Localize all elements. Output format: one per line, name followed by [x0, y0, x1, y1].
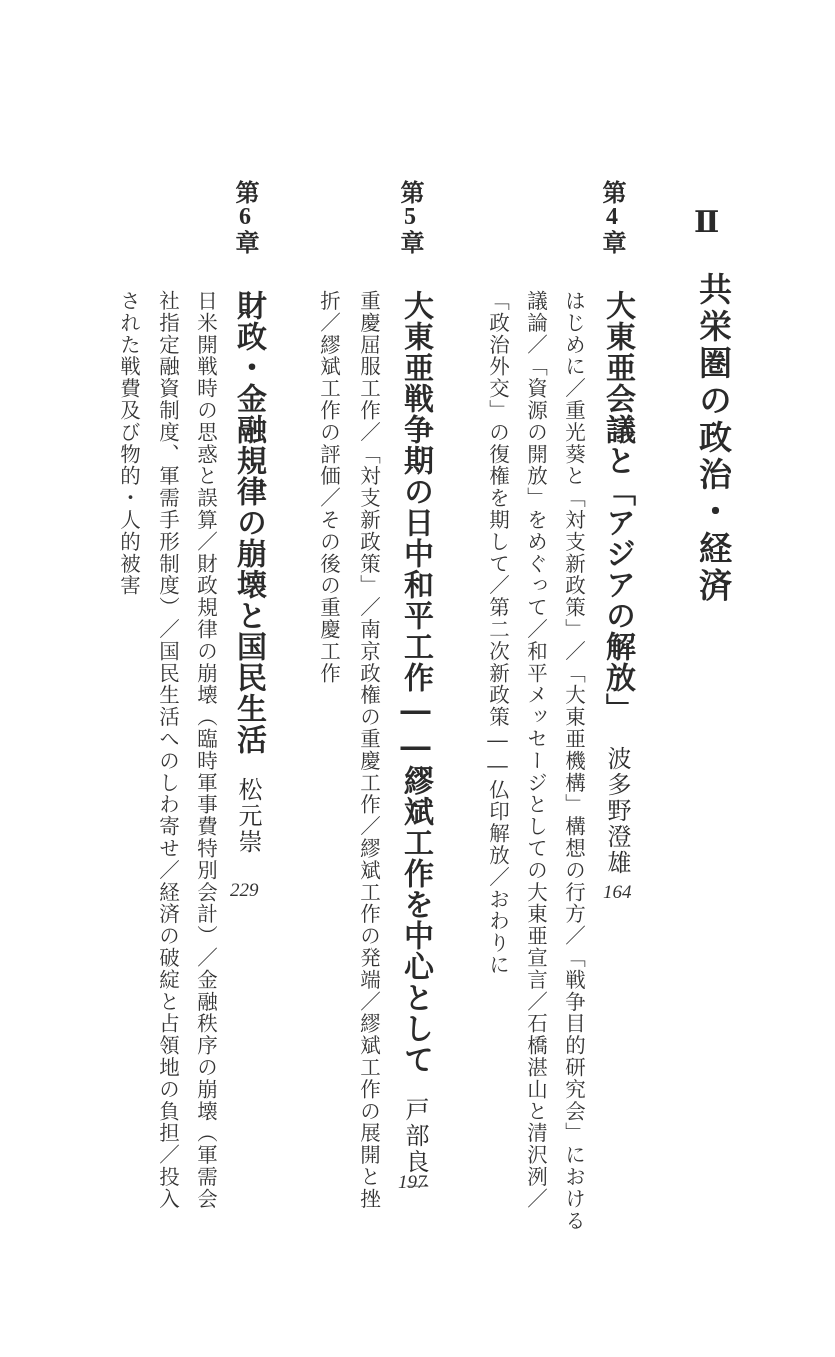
chapter-4-author: 波多野澄雄 [605, 746, 629, 876]
part-title: 共栄圏の政治・経済 [690, 272, 737, 605]
chapter-5-heading[interactable]: 大東亜戦争期の日中和平工作――繆斌工作を中心として戸部良一 [400, 290, 430, 1201]
chapter-4-sections-line-1: はじめに／重光葵と「対支新政策」／「大東亜機構」構想の行方／「戦争目的研究会」に… [563, 290, 584, 1232]
chapter-5-page-number: 197 [398, 1172, 427, 1194]
chapter-5-sections-line-1: 重慶屈服工作／「対支新政策」／南京政権の重慶工作／繆斌工作の発端／繆斌工作の展開… [358, 290, 379, 1210]
chapter-number: 4 [599, 204, 625, 230]
chapter-6-heading[interactable]: 財政・金融規律の崩壊と国民生活松元崇 [233, 290, 263, 855]
chapter-4-sections-line-3: 「政治外交」の復権を期して／第二次新政策――仏印解放／おわりに [487, 290, 508, 976]
chapter-6-sections-line-3: された戦費及び物的・人的被害 [118, 290, 139, 597]
chapter-4-label: 第4章 [600, 180, 624, 254]
chapter-4-title[interactable]: 大東亜会議と「アジアの解放」 [600, 290, 635, 724]
chapter-6-author: 松元崇 [236, 777, 260, 855]
chapter-number: 5 [397, 204, 423, 230]
chapter-6-page-number: 229 [230, 880, 259, 902]
chapter-5-label: 第5章 [398, 180, 422, 254]
chapter-6-sections-line-1: 日米開戦時の思惑と誤算／財政規律の崩壊（臨時軍事費特別会計）／金融秩序の崩壊（軍… [195, 290, 216, 1210]
chapter-6-title[interactable]: 財政・金融規律の崩壊と国民生活 [231, 290, 266, 755]
part-numeral: Ⅱ [694, 205, 719, 240]
chapter-4-sections-line-2: 議論／「資源の開放」をめぐって／和平メッセージとしての大東亜宣言／石橋湛山と清沢… [525, 290, 546, 1210]
chapter-5-title[interactable]: 大東亜戦争期の日中和平工作――繆斌工作を中心として [398, 290, 433, 1075]
chapter-5-sections-line-2: 折／繆斌工作の評価／その後の重慶工作 [318, 290, 339, 684]
chapter-number: 6 [232, 204, 258, 230]
chapter-4-page-number: 164 [603, 882, 632, 904]
chapter-4-heading[interactable]: 大東亜会議と「アジアの解放」波多野澄雄 [602, 290, 632, 876]
chapter-6-label: 第6章 [233, 180, 257, 254]
chapter-6-sections-line-2: 社指定融資制度、軍需手形制度）／国民生活へのしわ寄せ／経済の破綻と占領地の負担／… [157, 290, 178, 1210]
